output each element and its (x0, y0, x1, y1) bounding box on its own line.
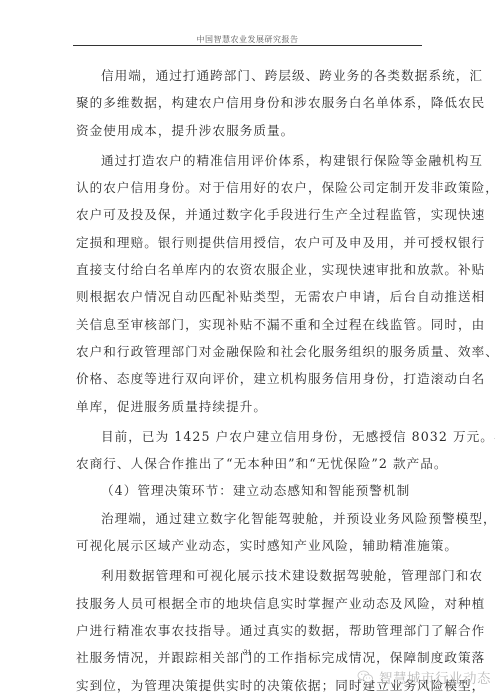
heading-line: （4）管理决策环节：建立动态感知和智能预警机制 (76, 477, 420, 504)
header-divider (73, 45, 422, 46)
text-line: 定损和理赔。银行则提供信用授信，农户可及申及用，并可授权银行 (76, 229, 420, 256)
text-line: 单库，促进服务质量持续提升。 (76, 393, 420, 420)
text-line: 利用数据管理和可视化展示技术建设数据驾驶舱，管理部门和农 (76, 562, 420, 589)
watermark: 智慧城市行业动态 (357, 667, 491, 687)
text-line: 技服务人员可根据全市的地块信息实时掌握产业动态及风险，对种植 (76, 590, 420, 617)
paragraph: 通过打造农户的精准信用评价体系，构建银行保险等金融机构互 认的农户信用身份。对于… (76, 147, 420, 420)
text-line: 农商行、人保合作推出了“无本种田”和“无忧保险”2 款产品。 (76, 450, 420, 477)
watermark-text: 智慧城市行业动态 (379, 667, 491, 687)
paragraph: 目前，已为 1425 户农户建立信用身份，无感授信 8032 万元。与 农商行、… (76, 423, 420, 478)
text-line: 通过打造农户的精准信用评价体系，构建银行保险等金融机构互 (76, 147, 420, 174)
text-line: 认的农户信用身份。对于信用好的农户，保险公司定制开发非政策险， (76, 174, 420, 201)
header-title: 中国智慧农业发展研究报告 (0, 34, 495, 45)
text-line: 农户可及投及保，并通过数字化手段进行生产全过程监管，实现快速 (76, 201, 420, 228)
text-line: 则根据农户情况自动匹配补贴类型，无需农户申请，后台自动推送相 (76, 283, 420, 310)
paragraph: 治理端，通过建立数字化智能驾驶舱，并预设业务风险预警模型， 可视化展示区域产业动… (76, 505, 420, 560)
section-heading: （4）管理决策环节：建立动态感知和智能预警机制 (76, 477, 420, 504)
text-line: 资金使用成本，提升涉农服务质量。 (76, 117, 420, 144)
document-body: 信用端，通过打通跨部门、跨层级、跨业务的各类数据系统，汇 聚的多维数据，构建农户… (76, 62, 420, 699)
text-line: 直接支付给白名单库内的农资农服企业，实现快速审批和放款。补贴 (76, 256, 420, 283)
wechat-icon (357, 670, 374, 684)
page-number: 31 (0, 648, 495, 657)
text-line: 聚的多维数据，构建农户信用身份和涉农服务白名单体系，降低农民 (76, 89, 420, 116)
text-line: 可视化展示区域产业动态，实时感知产业风险，辅助精准施策。 (76, 532, 420, 559)
text-line: 农户和行政管理部门对金融保险和社会化服务组织的服务质量、效率、 (76, 338, 420, 365)
text-line: 关信息至审核部门，实现补贴不漏不重和全过程在线监管。同时，由 (76, 311, 420, 338)
text-line: 价格、态度等进行双向评价，建立机构服务信用身份，打造滚动白名 (76, 365, 420, 392)
text-line: 目前，已为 1425 户农户建立信用身份，无感授信 8032 万元。与 (76, 423, 420, 450)
text-line: 治理端，通过建立数字化智能驾驶舱，并预设业务风险预警模型， (76, 505, 420, 532)
text-line: 户进行精准农事农技指导。通过真实的数据，帮助管理部门了解合作 (76, 617, 420, 644)
text-line: 信用端，通过打通跨部门、跨层级、跨业务的各类数据系统，汇 (76, 62, 420, 89)
paragraph: 信用端，通过打通跨部门、跨层级、跨业务的各类数据系统，汇 聚的多维数据，构建农户… (76, 62, 420, 144)
